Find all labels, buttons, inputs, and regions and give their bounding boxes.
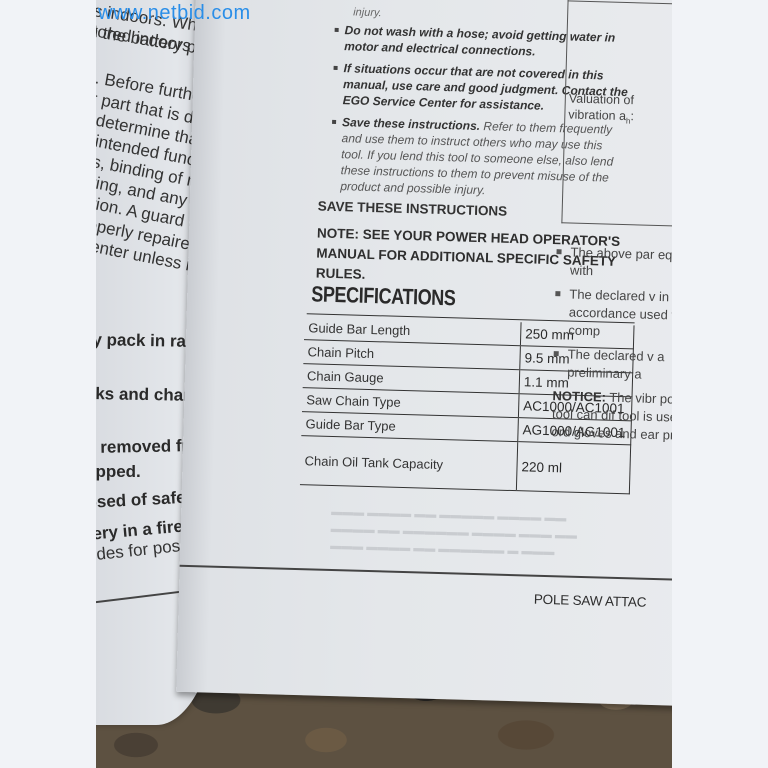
manual-photo: es indoors. When not in use stored indoo… [96, 0, 672, 768]
spec-row: Chain Oil Tank Capacity220 ml [300, 436, 631, 494]
vibration-bullet: The declared v a preliminary a [553, 345, 672, 385]
vibration-notes: The above par equipped with The declared… [551, 243, 672, 445]
specifications-title: SPECIFICATIONS [311, 281, 456, 311]
vibration-bullet: The above par equipped with [556, 243, 672, 283]
watermark: www.netbid.com [98, 2, 251, 25]
spec-label: Chain Oil Tank Capacity [300, 436, 518, 491]
injury-fragment: injury. [353, 6, 382, 19]
left-bold-line: apped. [96, 462, 141, 482]
vibration-label: Valuation of vibration ah: [568, 90, 635, 129]
notice-paragraph: NOTICE: The vibr power tool can dif tool… [551, 387, 672, 445]
vibration-bullet: The declared v in accordance used for co… [554, 285, 672, 343]
spec-value: 220 ml [516, 442, 630, 494]
footer-rule [180, 565, 672, 581]
bleed-through-text: ▬▬▬ ▬▬▬▬ ▬▬ ▬▬▬▬▬ ▬▬▬▬ ▬▬▬▬▬▬ ▬▬ ▬▬▬▬▬▬ … [330, 504, 631, 563]
page-footer: POLE SAW ATTAC [534, 592, 647, 610]
right-page: injury. Do not wash with a hose; avoid g… [176, 0, 672, 706]
